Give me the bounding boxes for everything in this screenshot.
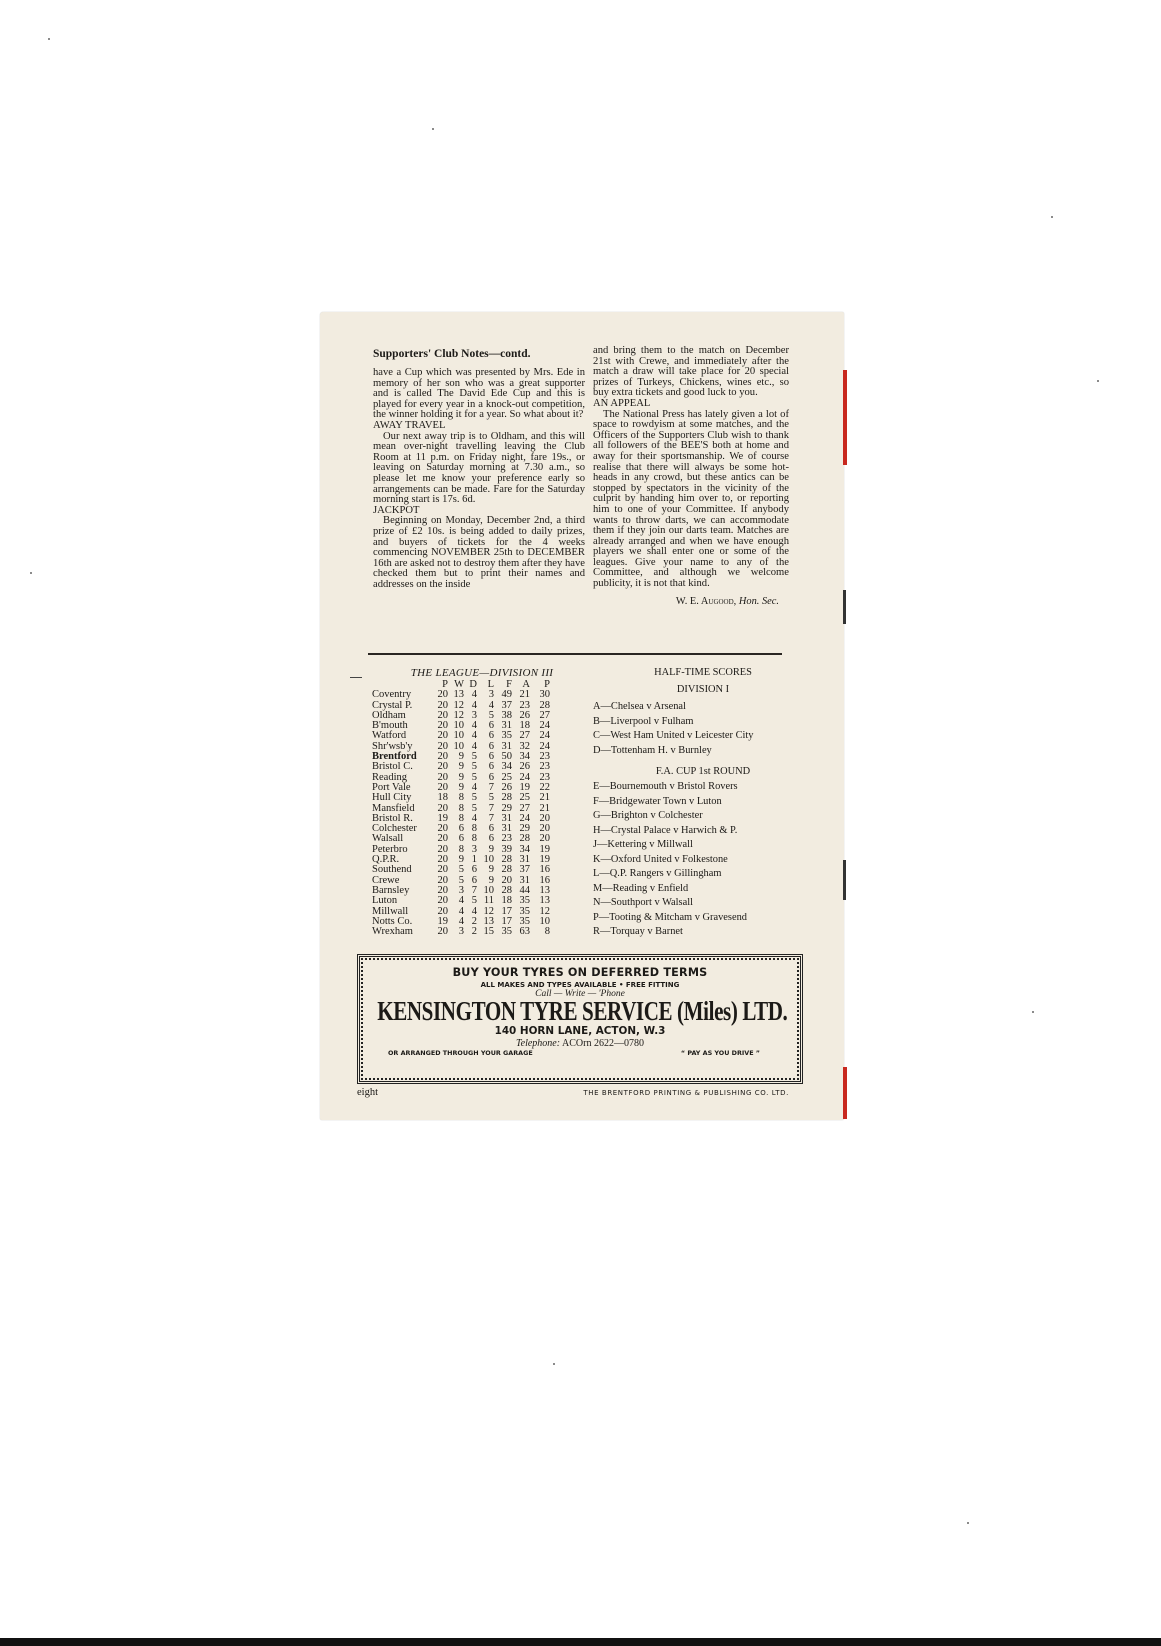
fixture-item: D—Tottenham H. v Burnley	[593, 744, 793, 759]
stat-pts: 13	[530, 896, 550, 906]
fixture-item: K—Oxford United v Folkestone	[593, 853, 793, 868]
table-row: Luton204511183513	[372, 896, 550, 906]
stat-pts: 8	[530, 927, 550, 937]
stat-p: 20	[430, 927, 448, 937]
stat-f: 35	[494, 927, 512, 937]
advert-footer-left: OR ARRANGED THROUGH YOUR GARAGE	[388, 1049, 533, 1057]
telephone-label: Telephone:	[516, 1038, 560, 1049]
stat-a: 63	[512, 927, 530, 937]
fixture-item: A—Chelsea v Arsenal	[593, 700, 793, 715]
jackpot-paragraph: Beginning on Monday, December 2nd, a thi…	[373, 516, 585, 590]
intro-paragraph: have a Cup which was presented by Mrs. E…	[373, 368, 585, 421]
stat-f: 18	[494, 896, 512, 906]
background-speck	[48, 38, 50, 40]
signature: W. E. Augood, Hon. Sec.	[593, 596, 789, 607]
fixture-item: G—Brighton v Colchester	[593, 809, 793, 824]
background-speck	[432, 128, 434, 130]
advert-telephone: Telephone: ACOrn 2622—0780	[360, 1038, 800, 1049]
programme-page: Supporters' Club Notes—contd. have a Cup…	[320, 312, 844, 1120]
advert-headline: BUY YOUR TYRES ON DEFERRED TERMS	[360, 966, 800, 979]
stat-d: 2	[464, 927, 477, 937]
advert-subline: ALL MAKES AND TYPES AVAILABLE • FREE FIT…	[360, 981, 800, 989]
team-name: Luton	[372, 896, 430, 906]
fixture-item: F—Bridgewater Town v Luton	[593, 795, 793, 810]
tyre-advert: BUY YOUR TYRES ON DEFERRED TERMS ALL MAK…	[357, 954, 803, 1084]
division-heading: DIVISION I	[593, 684, 793, 695]
cover-edge-dark	[843, 590, 846, 624]
fixture-item: H—Crystal Palace v Harwich & P.	[593, 824, 793, 839]
league-table-title: THE LEAGUE—DIVISION III	[372, 667, 584, 679]
fixture-item: P—Tooting & Mitcham v Gravesend	[593, 911, 793, 926]
cover-edge-red	[843, 1067, 847, 1119]
half-time-scores: HALF-TIME SCORES DIVISION I A—Chelsea v …	[593, 667, 793, 940]
scan-border	[0, 1638, 1161, 1646]
fixture-item: E—Bournemouth v Bristol Rovers	[593, 780, 793, 795]
team-name: Wrexham	[372, 927, 430, 937]
stat-d: 5	[464, 896, 477, 906]
cover-edge-dark	[843, 860, 846, 900]
fixture-item: M—Reading v Enfield	[593, 882, 793, 897]
fixture-item: R—Torquay v Barnet	[593, 925, 793, 940]
table-row: Wrexham20321535638	[372, 927, 550, 937]
appeal-heading: AN APPEAL	[593, 399, 789, 410]
telephone-number: ACOrn 2622—0780	[562, 1038, 644, 1049]
stat-a: 35	[512, 896, 530, 906]
half-time-title: HALF-TIME SCORES	[593, 667, 793, 678]
background-speck	[1097, 380, 1099, 382]
away-travel-paragraph: Our next away trip is to Oldham, and thi…	[373, 432, 585, 506]
stat-w: 4	[448, 896, 464, 906]
fixture-item: B—Liverpool v Fulham	[593, 715, 793, 730]
stat-w: 3	[448, 927, 464, 937]
background-speck	[553, 1363, 555, 1365]
background-speck	[1051, 216, 1053, 218]
advert-footer: OR ARRANGED THROUGH YOUR GARAGE “ PAY AS…	[360, 1049, 800, 1057]
cup-heading: F.A. CUP 1st ROUND	[593, 766, 793, 777]
advert-footer-right: “ PAY AS YOU DRIVE ”	[681, 1049, 760, 1057]
background-speck	[30, 572, 32, 574]
league-table-body: Coventry201343492130Crystal P.2012443723…	[372, 690, 550, 937]
away-travel-heading: AWAY TRAVEL	[373, 421, 585, 432]
page-number: eight	[357, 1087, 378, 1098]
appeal-paragraph: The National Press has lately given a lo…	[593, 410, 789, 590]
fixture-item: J—Kettering v Millwall	[593, 838, 793, 853]
supporters-notes-right-column: and bring them to the match on December …	[593, 346, 789, 607]
fixture-item: L—Q.P. Rangers v Gillingham	[593, 867, 793, 882]
cup-fixture-list: E—Bournemouth v Bristol RoversF—Bridgewa…	[593, 780, 793, 940]
fixture-item: N—Southport v Walsall	[593, 896, 793, 911]
fixture-item: C—West Ham United v Leicester City	[593, 729, 793, 744]
continued-paragraph: and bring them to the match on December …	[593, 346, 789, 399]
section-heading: Supporters' Club Notes—contd.	[373, 348, 585, 360]
advert-company-name: KENSINGTON TYRE SERVICE (Miles) LTD.	[377, 996, 783, 1027]
printer-credit: THE BRENTFORD PRINTING & PUBLISHING CO. …	[583, 1089, 789, 1097]
stat-l: 11	[477, 896, 494, 906]
background-speck	[967, 1522, 969, 1524]
supporters-notes-left-column: Supporters' Club Notes—contd. have a Cup…	[373, 348, 585, 590]
cover-edge-red	[843, 370, 847, 465]
signature-name: W. E. Augood,	[676, 596, 736, 607]
league-table-section: THE LEAGUE—DIVISION III P W D L F A P Co…	[372, 667, 584, 937]
signature-title: Hon. Sec.	[739, 596, 779, 607]
stat-p: 20	[430, 896, 448, 906]
league-table: P W D L F A P Coventry201343492130Crysta…	[372, 680, 550, 937]
background-speck	[1032, 1011, 1034, 1013]
division-fixture-list: A—Chelsea v ArsenalB—Liverpool v FulhamC…	[593, 700, 793, 758]
decorative-dash	[350, 677, 362, 678]
section-divider	[368, 653, 782, 655]
stat-l: 15	[477, 927, 494, 937]
